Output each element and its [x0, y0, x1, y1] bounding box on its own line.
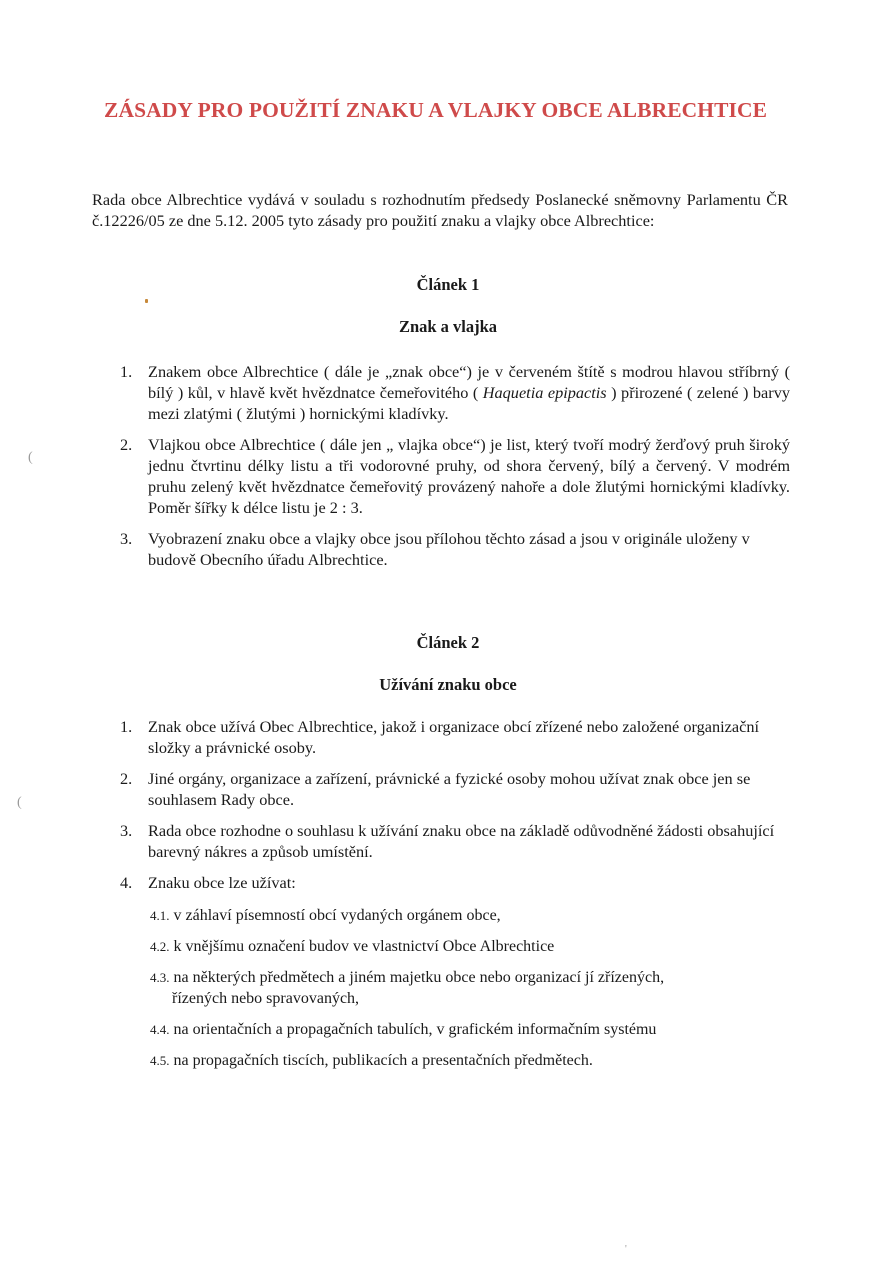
item-text: Jiné orgány, organizace a zařízení, práv… — [148, 768, 790, 810]
article-1-heading: Znak a vlajka — [0, 317, 896, 337]
list-item: 2. Jiné orgány, organizace a zařízení, p… — [120, 768, 790, 810]
article-2-sublist: 4.1. v záhlaví písemností obcí vydaných … — [150, 905, 790, 1071]
subitem-text: na propagačních tiscích, publikacích a p… — [174, 1052, 593, 1069]
article-1-list: 1. Znakem obce Albrechtice ( dále je „zn… — [120, 361, 790, 570]
species-name: Haquetia epipactis — [483, 383, 607, 402]
subitem-number: 4.3. — [150, 970, 170, 985]
subitem-number: 4.4. — [150, 1022, 170, 1037]
item-number: 1. — [120, 361, 132, 382]
item-text: Znak obce užívá Obec Albrechtice, jakož … — [148, 716, 790, 758]
item-text: Rada obce rozhodne o souhlasu k užívání … — [148, 820, 790, 862]
sublist-item: 4.3. na některých předmětech a jiném maj… — [150, 967, 790, 1009]
subitem-number: 4.2. — [150, 939, 170, 954]
list-item: 4. Znaku obce lze užívat: — [120, 872, 790, 893]
scan-mark: ( — [28, 450, 33, 466]
list-item: 2. Vlajkou obce Albrechtice ( dále jen „… — [120, 434, 790, 518]
article-2-heading: Užívání znaku obce — [0, 675, 896, 695]
list-item: 1. Znak obce užívá Obec Albrechtice, jak… — [120, 716, 790, 758]
item-text: Vyobrazení znaku obce a vlajky obce jsou… — [148, 528, 790, 570]
item-text: Vlajkou obce Albrechtice ( dále jen „ vl… — [148, 434, 790, 518]
list-item: 1. Znakem obce Albrechtice ( dále je „zn… — [120, 361, 790, 424]
article-2-list: 1. Znak obce užívá Obec Albrechtice, jak… — [120, 716, 790, 893]
item-number: 4. — [120, 872, 132, 893]
scan-speck — [145, 299, 148, 303]
sublist-item: 4.2. k vnějšímu označení budov ve vlastn… — [150, 936, 790, 957]
scan-mark: ( — [17, 795, 22, 811]
item-text: Znaku obce lze užívat: — [148, 872, 790, 893]
article-2-label: Článek 2 — [0, 633, 896, 653]
sublist-item: 4.4. na orientačních a propagačních tabu… — [150, 1019, 790, 1040]
document-title: ZÁSADY PRO POUŽITÍ ZNAKU A VLAJKY OBCE A… — [104, 98, 784, 123]
subitem-text: na orientačních a propagačních tabulích,… — [174, 1021, 657, 1038]
scan-mark: ' — [625, 1244, 627, 1255]
item-number: 2. — [120, 434, 132, 455]
subitem-text: na některých předmětech a jiném majetku … — [174, 969, 665, 986]
article-1-label: Článek 1 — [0, 275, 896, 295]
sublist-item: 4.1. v záhlaví písemností obcí vydaných … — [150, 905, 790, 926]
item-number: 2. — [120, 768, 132, 789]
item-number: 3. — [120, 820, 132, 841]
item-text: Znakem obce Albrechtice ( dále je „znak … — [148, 361, 790, 424]
subitem-text: k vnějšímu označení budov ve vlastnictví… — [174, 938, 555, 955]
intro-paragraph: Rada obce Albrechtice vydává v souladu s… — [92, 189, 788, 231]
subitem-number: 4.5. — [150, 1053, 170, 1068]
subitem-number: 4.1. — [150, 908, 170, 923]
sublist-item: 4.5. na propagačních tiscích, publikacíc… — [150, 1050, 790, 1071]
subitem-text-continuation: řízených nebo spravovaných, — [150, 988, 790, 1009]
subitem-text: v záhlaví písemností obcí vydaných orgán… — [174, 907, 501, 924]
list-item: 3. Vyobrazení znaku obce a vlajky obce j… — [120, 528, 790, 570]
list-item: 3. Rada obce rozhodne o souhlasu k užívá… — [120, 820, 790, 862]
item-number: 3. — [120, 528, 132, 549]
scanned-page: ZÁSADY PRO POUŽITÍ ZNAKU A VLAJKY OBCE A… — [0, 0, 896, 1271]
item-number: 1. — [120, 716, 132, 737]
